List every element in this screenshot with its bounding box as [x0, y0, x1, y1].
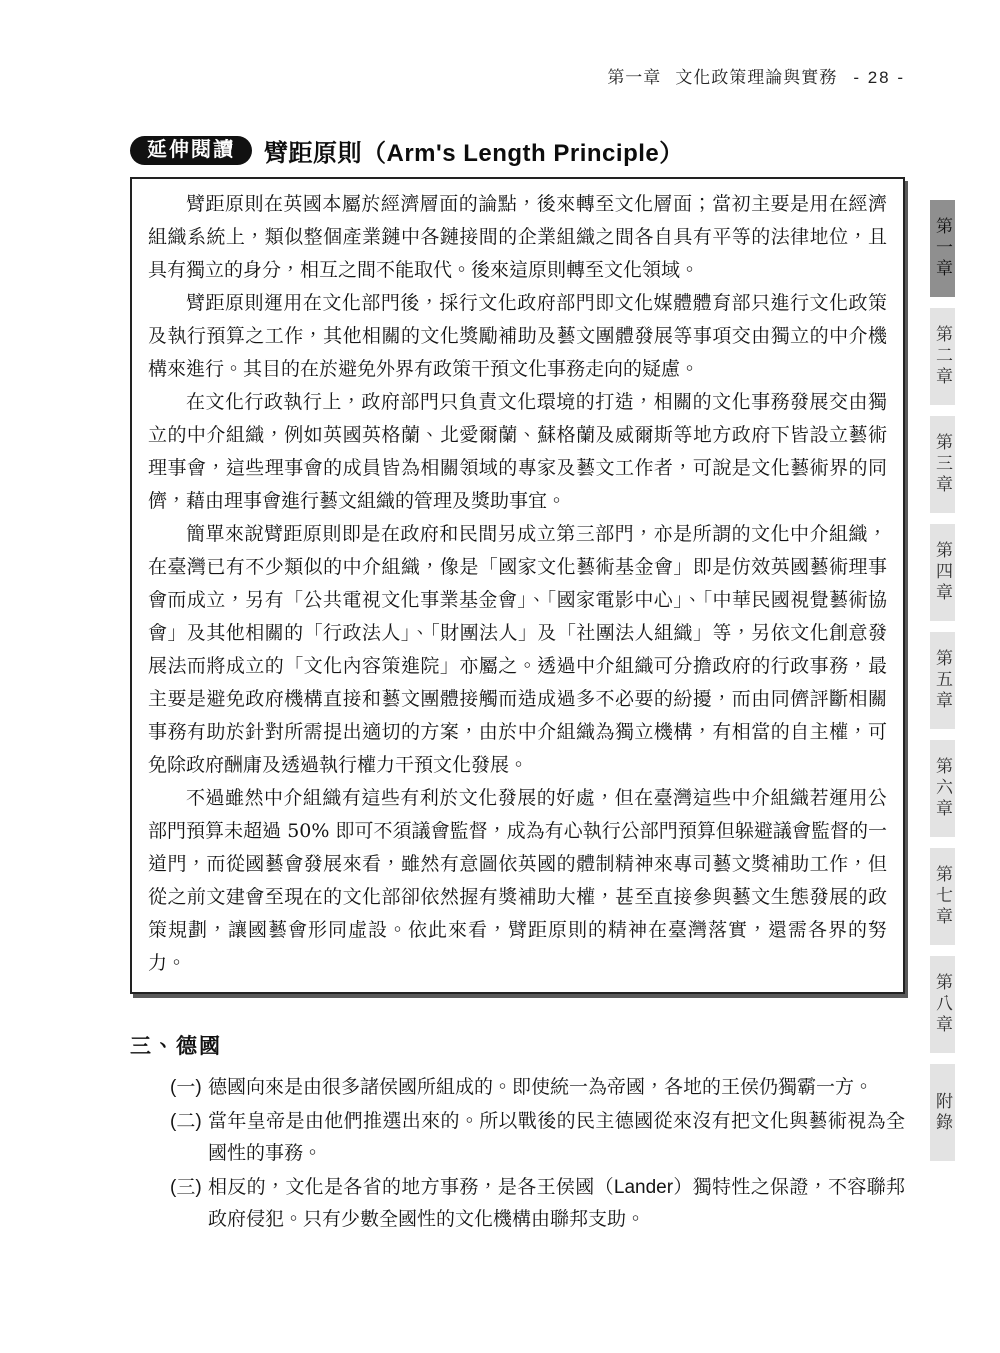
running-head: 第一章文化政策理論與實務- 28 - [130, 63, 905, 89]
list-item: (一) 德國向來是由很多諸侯國所組成的。即使統一為帝國，各地的王侯仍獨霸一方。 [170, 1072, 905, 1104]
tab-chapter-1: 第一章 [930, 200, 955, 297]
tab-chapter-6: 第六章 [930, 740, 955, 837]
reading-paragraph: 臂距原則運用在文化部門後，採行文化政府部門即文化媒體體育部只進行文化政策及執行預… [148, 287, 887, 386]
tab-chapter-5: 第五章 [930, 632, 955, 729]
chapter-thumb-tabs: 第一章 第二章 第三章 第四章 第五章 第六章 第七章 第八章 附錄 [930, 200, 997, 1172]
running-head-chapter: 第一章 [607, 68, 661, 87]
list-item-text: 當年皇帝是由他們推選出來的。所以戰後的民主德國從來沒有把文化與藝術視為全國性的事… [208, 1106, 905, 1170]
germany-section-heading: 三、德國 [130, 1030, 905, 1060]
list-item-marker: (二) [170, 1106, 208, 1138]
list-item-marker: (三) [170, 1172, 208, 1204]
tab-chapter-2: 第二章 [930, 308, 955, 405]
germany-item-list: (一) 德國向來是由很多諸侯國所組成的。即使統一為帝國，各地的王侯仍獨霸一方。 … [130, 1072, 905, 1236]
tab-chapter-7: 第七章 [930, 848, 955, 945]
reading-title-row: 延伸閱讀 臂距原則（Arm's Length Principle） [130, 133, 905, 168]
list-item: (三) 相反的，文化是各省的地方事務，是各王侯國（Lander）獨特性之保證，不… [170, 1172, 905, 1236]
list-item-text: 相反的，文化是各省的地方事務，是各王侯國（Lander）獨特性之保證，不容聯邦政… [208, 1172, 905, 1236]
tab-appendix: 附錄 [930, 1064, 955, 1161]
list-item-marker: (一) [170, 1072, 208, 1104]
reading-paragraph: 在文化行政執行上，政府部門只負責文化環境的打造，相關的文化事務發展交由獨立的中介… [148, 386, 887, 518]
reading-title: 臂距原則（Arm's Length Principle） [264, 133, 684, 168]
list-item-text: 德國向來是由很多諸侯國所組成的。即使統一為帝國，各地的王侯仍獨霸一方。 [208, 1072, 905, 1104]
reading-paragraph: 簡單來說臂距原則即是在政府和民間另成立第三部門，亦是所謂的文化中介組織，在臺灣已… [148, 518, 887, 782]
reading-box: 臂距原則在英國本屬於經濟層面的論點，後來轉至文化層面；當初主要是用在經濟組織系統… [130, 177, 905, 994]
tab-chapter-3: 第三章 [930, 416, 955, 513]
reading-paragraph: 臂距原則在英國本屬於經濟層面的論點，後來轉至文化層面；當初主要是用在經濟組織系統… [148, 188, 887, 287]
page-content: 第一章文化政策理論與實務- 28 - 延伸閱讀 臂距原則（Arm's Lengt… [130, 63, 905, 1238]
list-item: (二) 當年皇帝是由他們推選出來的。所以戰後的民主德國從來沒有把文化與藝術視為全… [170, 1106, 905, 1170]
germany-section: 三、德國 (一) 德國向來是由很多諸侯國所組成的。即使統一為帝國，各地的王侯仍獨… [130, 1030, 905, 1236]
extended-reading-badge: 延伸閱讀 [130, 136, 252, 165]
reading-paragraph: 不過雖然中介組織有這些有利於文化發展的好處，但在臺灣這些中介組織若運用公部門預算… [148, 782, 887, 980]
running-head-title: 文化政策理論與實務 [675, 68, 837, 87]
tab-chapter-8: 第八章 [930, 956, 955, 1053]
page-number: - 28 - [853, 68, 905, 87]
tab-chapter-4: 第四章 [930, 524, 955, 621]
